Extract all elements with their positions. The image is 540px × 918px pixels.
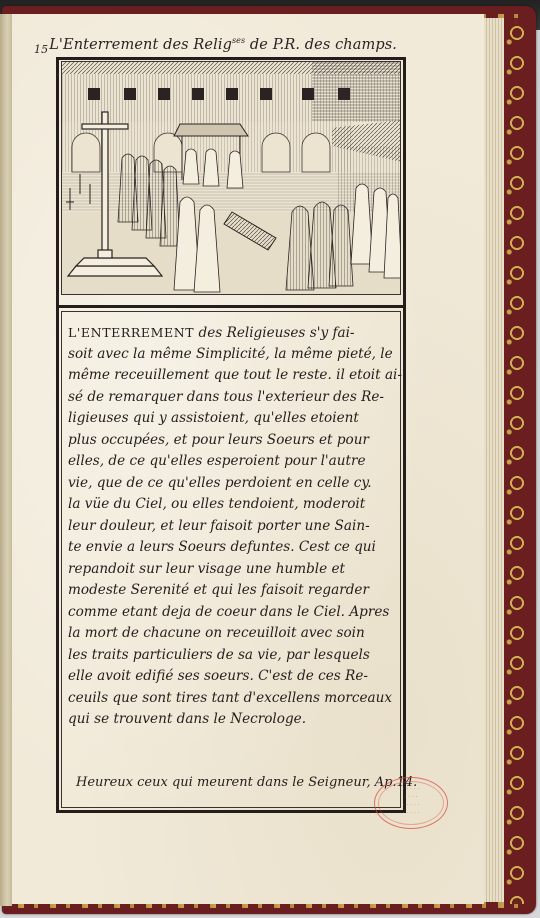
text-line: plus occupées, et pour leurs Soeurs et p… [68, 430, 400, 452]
lead-smallcaps: L'ENTERREMENT [68, 325, 194, 340]
text-line: qui se trouvent dans le Necrologe. [68, 709, 400, 731]
text-line: repandoit sur leur visage une humble et [68, 559, 400, 581]
scripture-quote: Heureux ceux qui meurent dans le Seigneu… [76, 775, 417, 790]
stamp-ring [378, 781, 444, 825]
text-line: sé de remarquer dans tous l'exterieur de… [68, 387, 400, 409]
nuns-right [286, 202, 353, 290]
body-text: L'ENTERREMENT des Religieuses s'y fai- s… [68, 322, 400, 731]
text-line: les traits particuliers de sa vie, par l… [68, 645, 400, 667]
plate-divider [56, 305, 406, 308]
text-line: elles, de ce qu'elles esperoient pour l'… [68, 451, 400, 473]
caption-superscript: ses [232, 36, 245, 45]
text-line: elle avoit edifié ses soeurs. C'est de c… [68, 666, 400, 688]
burial-engraving [62, 62, 401, 295]
text-line: comme etant deja de coeur dans le Ciel. … [68, 602, 400, 624]
text-line: vie, que de ce qu'elles perdoient en cel… [68, 473, 400, 495]
plate-caption: 15L'Enterrement des Religses de P.R. des… [34, 36, 434, 56]
text-line: soit avec la même Simplicité, la même pi… [68, 344, 400, 366]
engraving-frame [61, 61, 401, 295]
caption-tail: de P.R. des champs. [245, 37, 397, 53]
text-line: leur douleur, et leur faisoit porter une… [68, 516, 400, 538]
text-line: L'ENTERREMENT des Religieuses s'y fai- [68, 322, 400, 344]
plate-number: 15 [34, 43, 48, 56]
gilt-border-right [504, 18, 530, 904]
text-line: même receuillement que tout le reste. il… [68, 365, 400, 387]
text-line: modeste Serenité et qui les faisoit rega… [68, 580, 400, 602]
caption-main: L'Enterrement des Relig [49, 37, 232, 53]
library-stamp: · · · · · · · · · · · · · · · · · · · [374, 777, 448, 829]
page-gutter [0, 14, 12, 906]
text-line: la vüe du Ciel, ou elles tendoient, mode… [68, 494, 400, 516]
nuns-right-white [351, 184, 401, 278]
text-line: ligieuses qui y assistoient, qu'elles et… [68, 408, 400, 430]
priests [183, 149, 243, 188]
text-line: ceuils que sont tires tant d'excellens m… [68, 688, 400, 710]
text-line: te envie a leurs Soeurs defuntes. Cest c… [68, 537, 400, 559]
text-line: la mort de chacune on receuilloit avec s… [68, 623, 400, 645]
